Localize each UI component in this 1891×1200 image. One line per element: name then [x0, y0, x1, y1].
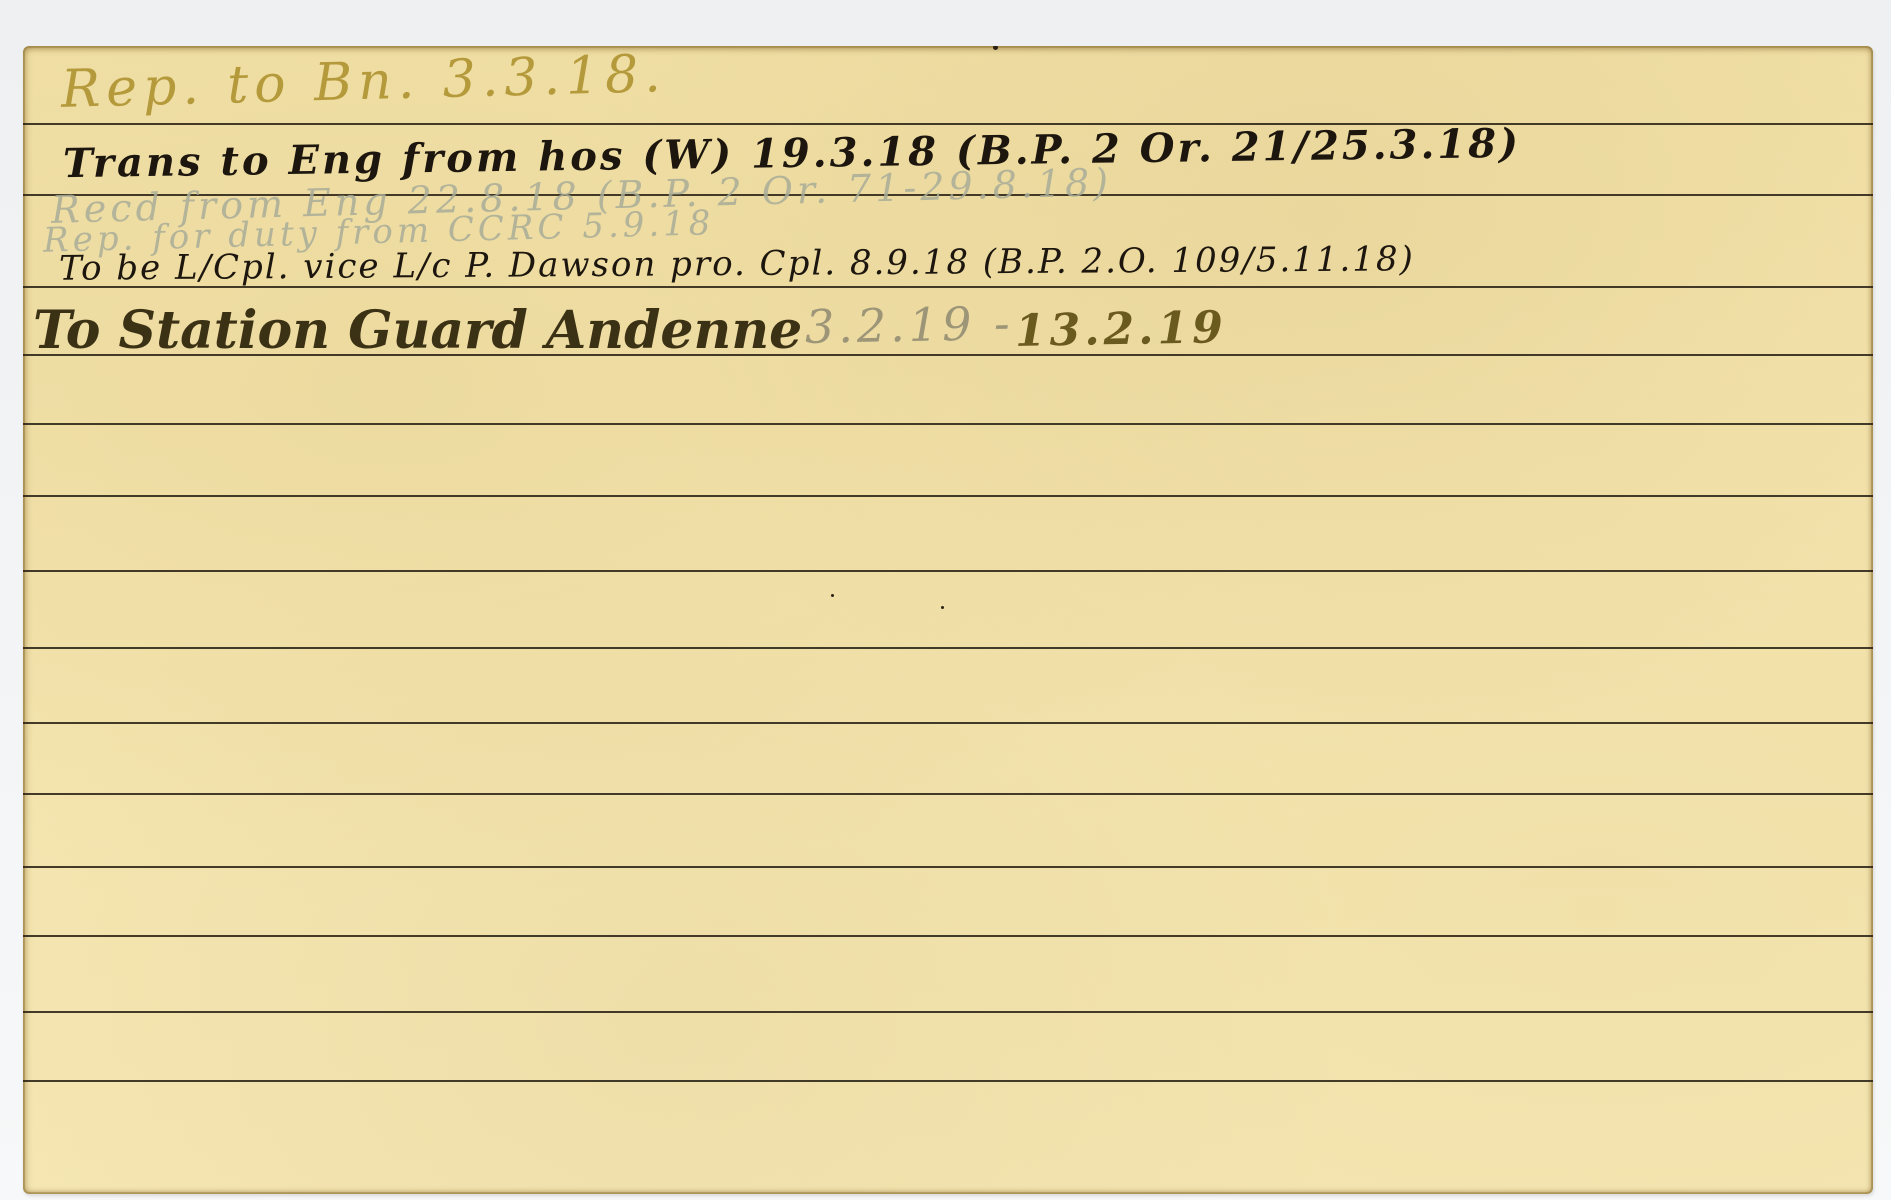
entry-station-guard-andenne: To Station Guard Andenne [33, 300, 802, 361]
entry-date-to: 13.2.19 [1015, 302, 1228, 357]
index-card: Rep. to Bn. 3.3.18. Trans to Eng from ho… [23, 46, 1873, 1194]
ink-speck [831, 594, 834, 597]
entry-appointed-lance-corporal: To be L/Cpl. vice L/c P. Dawson pro. Cpl… [59, 239, 1415, 288]
entry-rejoined-battalion: Rep. to Bn. 3.3.18. [60, 46, 667, 120]
ruled-line [23, 793, 1873, 795]
ruled-line [23, 123, 1873, 125]
ruled-line [23, 1080, 1873, 1082]
ink-speck [993, 46, 998, 50]
ruled-line [23, 1011, 1873, 1013]
scanned-document: Rep. to Bn. 3.3.18. Trans to Eng from ho… [0, 0, 1891, 1200]
ruled-line [23, 722, 1873, 724]
ruled-line [23, 647, 1873, 649]
ink-speck [941, 606, 944, 609]
ruled-line [23, 495, 1873, 497]
ruled-line [23, 935, 1873, 937]
entry-date-from: 3.2.19 - [805, 296, 1014, 354]
ruled-line [23, 866, 1873, 868]
ruled-line [23, 423, 1873, 425]
ruled-line [23, 570, 1873, 572]
